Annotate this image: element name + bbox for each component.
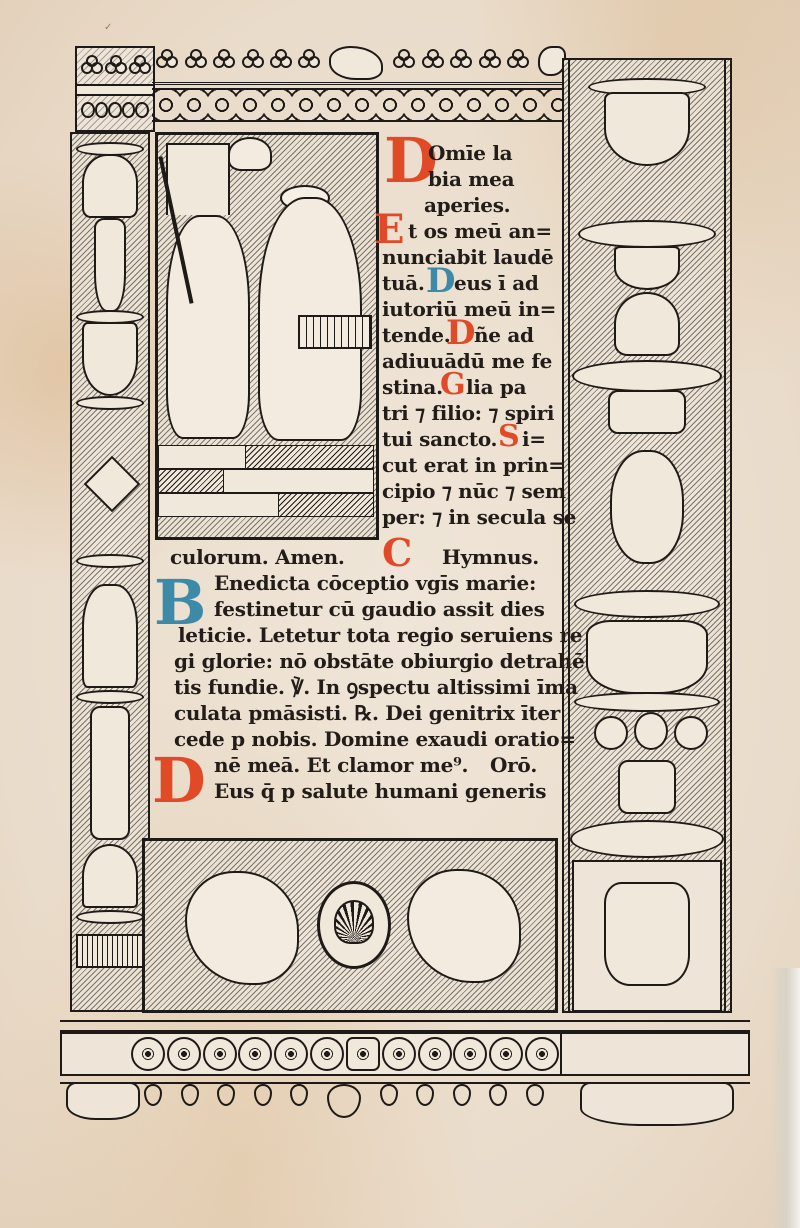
head-ornament-left bbox=[594, 716, 628, 750]
rosette-ornament bbox=[238, 1037, 272, 1071]
base-vase-panel bbox=[572, 860, 722, 1012]
drop-ornament bbox=[290, 1084, 308, 1106]
text-line: adiuuādū me fe bbox=[382, 348, 552, 374]
head-ornament-center bbox=[634, 712, 668, 750]
inner-rule bbox=[724, 60, 726, 1011]
initial-s-red: S bbox=[498, 422, 520, 452]
inner-rule bbox=[568, 60, 570, 1011]
bead-ornament bbox=[135, 102, 149, 118]
disc-ornament bbox=[76, 396, 144, 410]
disc-ornament bbox=[76, 554, 144, 568]
text-line: leticie. Letetur tota regio seruiens re bbox=[178, 622, 582, 648]
dish-ornament bbox=[570, 820, 724, 858]
pencil-mark: ✓ bbox=[104, 22, 112, 33]
acanthus-ornament bbox=[614, 292, 680, 356]
text-line: per: ⁊ in secula se bbox=[382, 504, 576, 530]
shell-ornament bbox=[334, 900, 374, 944]
cornice-right-block bbox=[560, 1032, 750, 1076]
gadrooned-urn-ornament bbox=[586, 620, 708, 694]
satyr-figure-right bbox=[407, 869, 521, 983]
text-line: Enedicta cōceptio vgīs marie: bbox=[214, 570, 536, 596]
diamond-ornament bbox=[84, 456, 141, 513]
bead-ornament bbox=[95, 102, 109, 118]
drop-fringe bbox=[144, 1084, 544, 1108]
rosette-ornament bbox=[453, 1037, 487, 1071]
torn-page-edge bbox=[770, 968, 800, 1228]
drop-ornament bbox=[489, 1084, 507, 1106]
text-line: gi glorie: nō obstāte obiurgio detrahē bbox=[174, 648, 584, 674]
oval-vase-ornament bbox=[610, 450, 684, 564]
trefoil-ornament bbox=[244, 52, 260, 68]
fluted-base-ornament bbox=[76, 934, 144, 968]
dish-ornament bbox=[574, 590, 720, 618]
urn-ornament bbox=[82, 322, 138, 396]
text-line: tis fundie. ℣. In ꝯspectu altissimi īma bbox=[174, 674, 578, 700]
text-line: aperies. bbox=[424, 192, 510, 218]
trefoil-row bbox=[83, 52, 147, 78]
top-left-border-block bbox=[75, 46, 155, 132]
rosette-ornament bbox=[274, 1037, 308, 1071]
fluted-vase-ornament bbox=[82, 584, 138, 688]
top-border-frieze bbox=[152, 46, 572, 126]
trefoil-ornament bbox=[107, 58, 123, 74]
dish-ornament bbox=[574, 692, 720, 712]
bell-ornament bbox=[82, 844, 138, 908]
rosette-ornament bbox=[310, 1037, 344, 1071]
text-line: eus ī ad bbox=[454, 270, 539, 296]
text-line: t os meū an= bbox=[408, 218, 552, 244]
cornice-left-block bbox=[60, 1032, 134, 1076]
text-line: cede p nobis. Domine exaudi oratio= bbox=[174, 726, 576, 752]
left-border-column bbox=[70, 132, 150, 1012]
initial-d-red-3: D bbox=[152, 750, 206, 812]
text-line: Eus q̄ p salute humani generis bbox=[214, 778, 546, 804]
fluted-neck-ornament bbox=[608, 390, 686, 434]
trefoil-ornament bbox=[452, 52, 468, 68]
text-line: lia pa bbox=[466, 374, 526, 400]
corbel-left bbox=[66, 1082, 140, 1120]
text-line: stina. bbox=[382, 374, 443, 400]
rosette-ornament bbox=[382, 1037, 416, 1071]
text-line: tende. bbox=[382, 322, 450, 348]
oro-rubric: Orō. bbox=[490, 752, 537, 778]
text-line: cipio ⁊ nūc ⁊ sem bbox=[382, 478, 566, 504]
corbel-right bbox=[580, 1082, 734, 1126]
molding-band bbox=[77, 84, 153, 96]
trefoil-ornament bbox=[83, 58, 99, 74]
bead-row bbox=[81, 102, 149, 120]
drop-ornament bbox=[144, 1084, 162, 1106]
pedestal-ornament bbox=[618, 760, 676, 814]
head-ornament-right bbox=[674, 716, 708, 750]
bead-ornament bbox=[81, 102, 95, 118]
trefoil-ornament bbox=[424, 52, 440, 68]
text-line: Omīe la bbox=[428, 140, 512, 166]
disc-ornament bbox=[76, 910, 144, 924]
initial-d-blue: D bbox=[426, 264, 455, 298]
disc-ornament bbox=[76, 690, 144, 704]
base-vase-ornament bbox=[604, 882, 690, 986]
trefoil-ornament bbox=[131, 58, 147, 74]
twisted-column-ornament bbox=[90, 706, 130, 840]
trefoil-ornament bbox=[158, 52, 174, 68]
trefoil-ornament bbox=[272, 52, 288, 68]
trefoil-ornament bbox=[215, 52, 231, 68]
text-line: ñe ad bbox=[474, 322, 534, 348]
trefoil-ornament bbox=[300, 52, 316, 68]
text-line: festinetur cū gaudio assit dies bbox=[214, 596, 545, 622]
satyr-figure-left bbox=[185, 871, 299, 985]
text-line: nunciabit laudē bbox=[382, 244, 553, 270]
trefoil-ornament bbox=[187, 52, 203, 68]
cup-ornament bbox=[614, 246, 680, 290]
trefoil-ornament bbox=[481, 52, 497, 68]
urn-ornament bbox=[604, 92, 690, 166]
medallion-ornament bbox=[317, 881, 391, 969]
text-line: tui sancto. bbox=[382, 426, 497, 452]
text-line: culata pmāsisti. ℞. Dei genitrix īter bbox=[174, 700, 560, 726]
trefoil-frieze bbox=[152, 46, 572, 85]
grotesque-woodcut-panel bbox=[142, 838, 558, 1013]
drop-ornament bbox=[380, 1084, 398, 1106]
bottom-border-cornice bbox=[60, 1020, 750, 1110]
rosette-ornament bbox=[525, 1037, 559, 1071]
text-line: tri ⁊ filio: ⁊ spiri bbox=[382, 400, 554, 426]
drop-ornament bbox=[453, 1084, 471, 1106]
rosette-band bbox=[130, 1032, 560, 1076]
text-line: i= bbox=[522, 426, 546, 452]
scrollwork-band bbox=[152, 88, 572, 122]
initial-c-red: C bbox=[382, 534, 412, 572]
vase-ornament bbox=[82, 154, 138, 218]
initial-d-red-2: D bbox=[446, 316, 475, 350]
drop-ornament bbox=[217, 1084, 235, 1106]
grotesque-mask-ornament bbox=[329, 46, 383, 80]
text-block: D Omīe la bia mea aperies. E t os meū an… bbox=[150, 132, 560, 832]
hymnus-label: Hymnus. bbox=[442, 544, 539, 570]
drop-ornament bbox=[254, 1084, 272, 1106]
text-line: tuā. bbox=[382, 270, 425, 296]
rosette-ornament bbox=[489, 1037, 523, 1071]
drop-ornament bbox=[181, 1084, 199, 1106]
gadrooned-dish-ornament bbox=[572, 360, 722, 392]
drop-ornament bbox=[416, 1084, 434, 1106]
cornice-top-band bbox=[60, 1020, 750, 1032]
trefoil-ornament bbox=[509, 52, 525, 68]
text-line: cut erat in prin= bbox=[382, 452, 565, 478]
rosette-ornament bbox=[418, 1037, 452, 1071]
rosette-ornament bbox=[131, 1037, 165, 1071]
text-line: nē meā. Et clamor me⁹. bbox=[214, 752, 468, 778]
trefoil-ornament bbox=[395, 52, 411, 68]
baluster-ornament bbox=[94, 218, 126, 312]
flower-ornament bbox=[346, 1037, 380, 1071]
initial-g-red: G bbox=[440, 370, 466, 400]
rosette-ornament bbox=[203, 1037, 237, 1071]
right-border-column bbox=[562, 58, 732, 1013]
rosette-ornament bbox=[167, 1037, 201, 1071]
gadrooned-dish-ornament bbox=[578, 220, 716, 248]
drop-ornament bbox=[526, 1084, 544, 1106]
bead-ornament bbox=[122, 102, 136, 118]
bead-ornament bbox=[108, 102, 122, 118]
text-line: bia mea bbox=[428, 166, 514, 192]
